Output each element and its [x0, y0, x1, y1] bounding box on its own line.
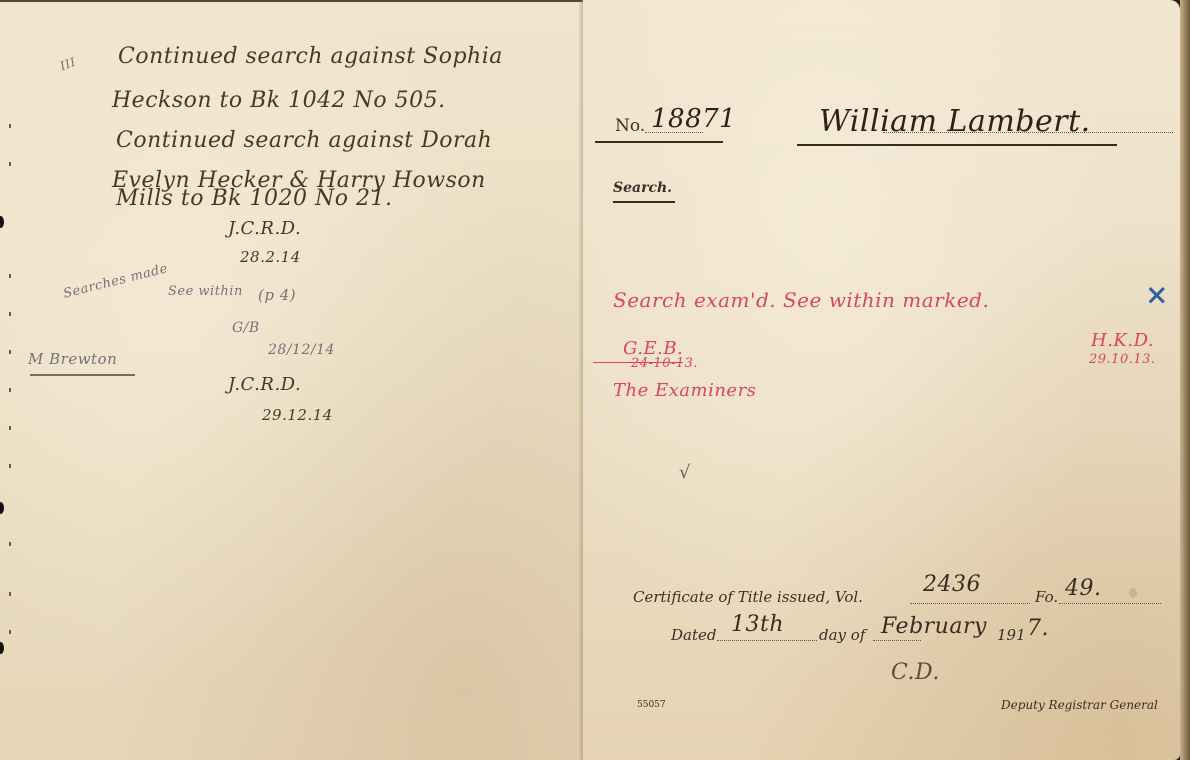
margin-tick — [9, 426, 11, 430]
note-line-2: Heckson to Bk 1042 No 505. — [112, 88, 446, 113]
name-rule — [797, 144, 1117, 146]
margin-tick — [9, 124, 11, 128]
number-value: 18871 — [651, 104, 736, 134]
check-mark: √ — [679, 462, 691, 483]
margin-tick — [9, 162, 11, 166]
day-of-label: day of — [819, 626, 865, 644]
year-prefix: 191 — [997, 626, 1026, 644]
folio-value: 49. — [1065, 576, 1102, 601]
binding-hole — [0, 502, 4, 514]
margin-signature: M Brewton — [28, 350, 117, 368]
binding-hole — [0, 216, 4, 228]
form-number: 55057 — [637, 700, 666, 710]
margin-signature-underline — [30, 374, 135, 376]
year-suffix: 7. — [1027, 616, 1049, 641]
margin-tick — [9, 388, 11, 392]
page-edge-shadow — [1180, 0, 1190, 760]
owner-name: William Lambert. — [819, 104, 1091, 139]
month-dotted-line — [873, 640, 921, 641]
margin-mark: III — [58, 55, 78, 74]
margin-tick — [9, 464, 11, 468]
note-line-1: Continued search against Sophia — [118, 44, 503, 69]
margin-tick — [9, 274, 11, 278]
binding-hole — [0, 642, 4, 654]
number-rule — [595, 141, 723, 143]
note-line-3: Continued search against Dorah — [116, 128, 492, 153]
initials-3: J.C.R.D. — [228, 374, 301, 395]
dated-label: Dated — [671, 626, 716, 644]
name-dotted-line — [883, 132, 1173, 133]
ink-stain — [1129, 588, 1137, 598]
margin-tick — [9, 592, 11, 596]
initials-1: J.C.R.D. — [228, 218, 301, 239]
document-spread: III Continued search against Sophia Heck… — [0, 0, 1190, 760]
date-3: 29.12.14 — [262, 406, 333, 424]
left-page: III Continued search against Sophia Heck… — [0, 0, 583, 760]
margin-tick — [9, 350, 11, 354]
examiner-date: 24-10-13. — [631, 356, 698, 371]
day-value: 13th — [731, 612, 784, 637]
date-1: 28.2.14 — [240, 248, 301, 266]
margin-tick — [9, 542, 11, 546]
volume-dotted-line — [910, 603, 1030, 604]
margin-tick — [9, 630, 11, 634]
examiner-flourish — [593, 362, 683, 363]
second-initials: H.K.D. — [1091, 330, 1154, 351]
initials-2: G/B — [232, 320, 260, 336]
search-heading-underline — [613, 201, 675, 203]
right-page: No. 18871 William Lambert. Search. Searc… — [583, 0, 1180, 760]
certificate-label: Certificate of Title issued, Vol. — [633, 588, 863, 606]
margin-tick — [9, 312, 11, 316]
date-2: 28/12/14 — [268, 342, 335, 358]
blue-cross-mark: × — [1145, 278, 1169, 311]
second-date: 29.10.13. — [1089, 352, 1156, 367]
folio-label: Fo. — [1035, 588, 1058, 606]
pencil-see-within: See within — [168, 284, 243, 299]
day-dotted-line — [717, 640, 817, 641]
number-dotted-line — [645, 132, 703, 133]
pencil-searches-made: Searches made — [62, 261, 170, 302]
folio-dotted-line — [1059, 603, 1161, 604]
registrar-initials: C.D. — [891, 660, 940, 685]
search-heading: Search. — [613, 180, 672, 196]
pencil-page-ref: (p 4) — [258, 286, 296, 304]
month-value: February — [881, 614, 987, 639]
volume-value: 2436 — [923, 572, 981, 597]
registrar-title: Deputy Registrar General — [1001, 698, 1158, 712]
examiner-note: Search exam'd. See within marked. — [613, 288, 989, 312]
number-label: No. — [615, 116, 645, 136]
note-line-5: Mills to Bk 1020 No 21. — [116, 186, 392, 211]
examiner-title: The Examiners — [613, 380, 756, 401]
